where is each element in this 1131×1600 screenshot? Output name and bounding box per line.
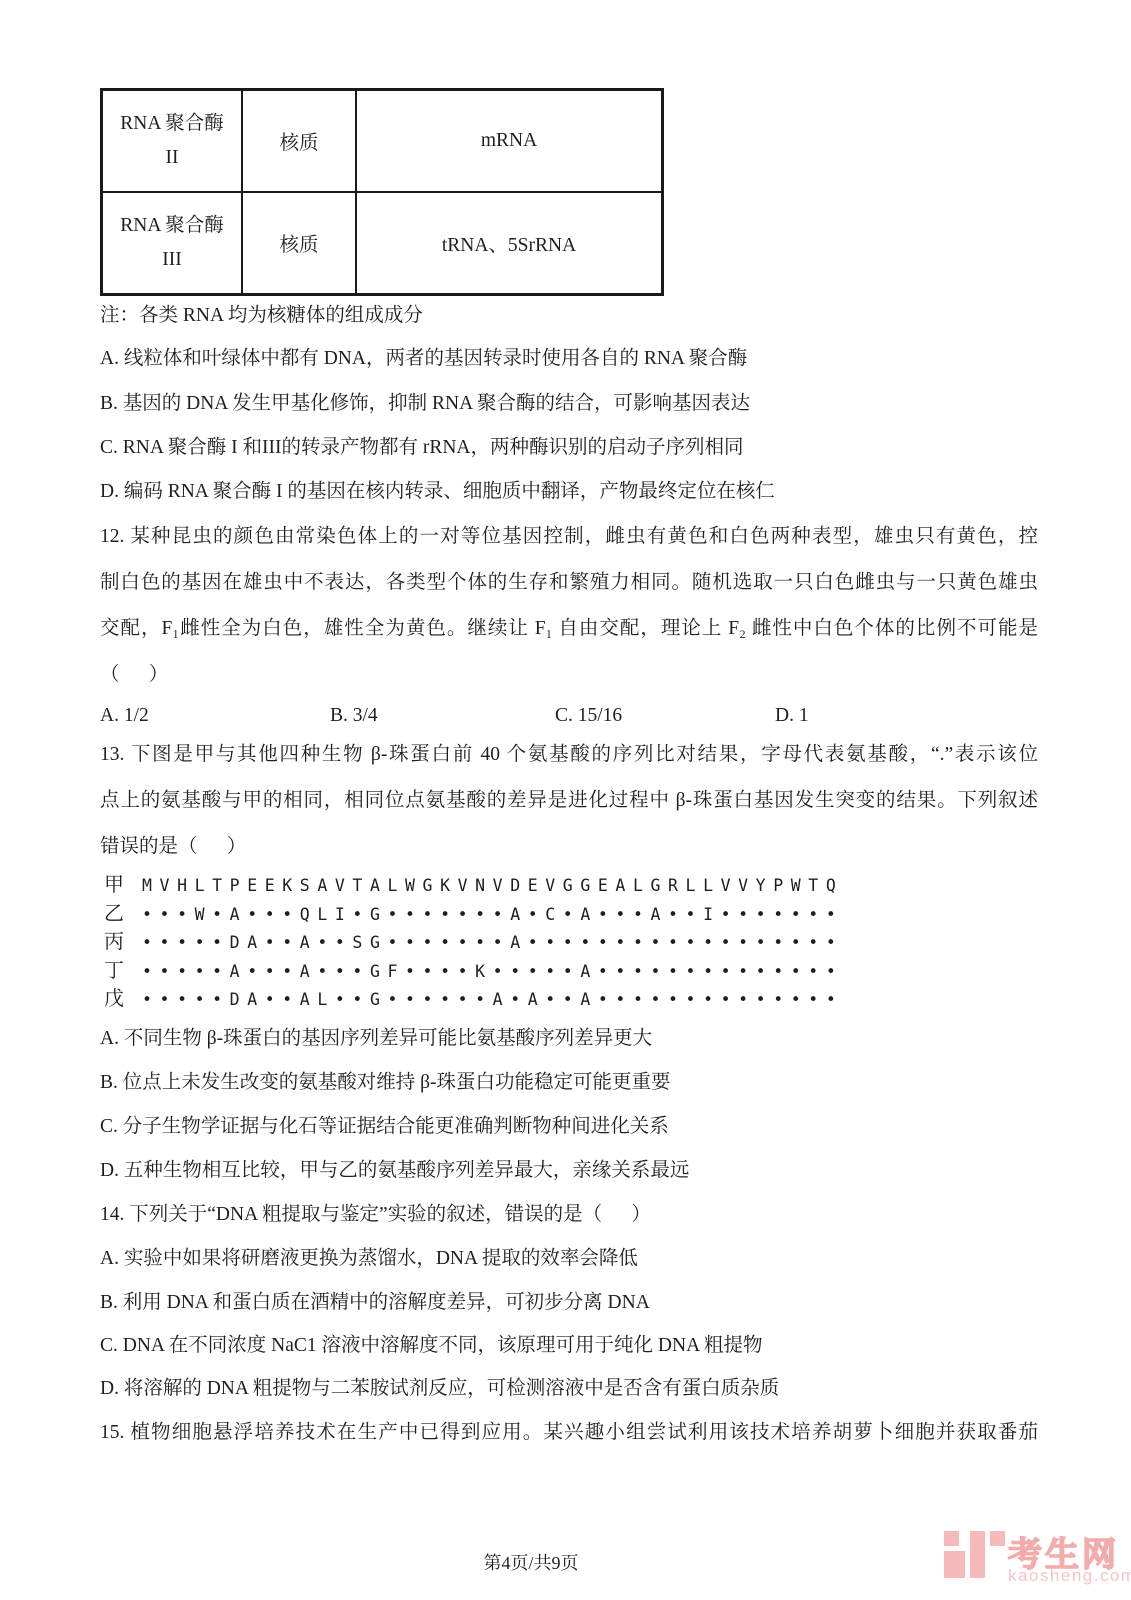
organism-label: 甲 — [104, 868, 142, 897]
alignment-row: 丙•••••DA••A••SG•••••••A•••••••••••••••••… — [104, 925, 843, 954]
organism-label: 戊 — [104, 982, 142, 1011]
q12-option-d: D. 1 — [775, 703, 809, 729]
q14-stem: 14. 下列关于“DNA 粗提取与鉴定”实验的叙述，错误的是（ ） — [100, 1202, 651, 1228]
q11-option-c: C. RNA 聚合酶 I 和III的转录产物都有 rRNA，两种酶识别的启动子序… — [100, 435, 744, 461]
sequence-ding: •••••A•••A•••GF••••K•••••A•••••••••••••• — [142, 962, 843, 981]
sequence-jia: MVHLTPEEKSAVTALWGKVNVDEVGGEALGRLLVVYPWTQ — [142, 876, 843, 895]
logo-block — [990, 1531, 1005, 1546]
q13-option-c: C. 分子生物学证据与化石等证据结合能更准确判断物种间进化关系 — [100, 1114, 669, 1140]
logo-block — [970, 1531, 985, 1578]
enzyme-name: RNA 聚合酶 — [103, 209, 241, 243]
q12-option-b: B. 3/4 — [330, 703, 378, 729]
cell-location: 核质 — [242, 192, 356, 295]
enzyme-numeral: III — [103, 243, 241, 277]
organism-label: 丙 — [104, 925, 142, 954]
cell-product: mRNA — [356, 90, 663, 193]
q14-option-c: C. DNA 在不同浓度 NaC1 溶液中溶解度不同，该原理可用于纯化 DNA … — [100, 1333, 762, 1359]
q12-option-c: C. 15/16 — [555, 703, 622, 729]
sequence-bing: •••••DA••A••SG•••••••A•••••••••••••••••• — [142, 933, 843, 952]
cell-product: tRNA、5SrRNA — [356, 192, 663, 295]
q13-line-1: 13. 下图是甲与其他四种生物 β-珠蛋白前 40 个氨基酸的序列比对结果，字母… — [100, 742, 1038, 768]
q11-option-b: B. 基因的 DNA 发生甲基化修饰，抑制 RNA 聚合酶的结合，可影响基因表达 — [100, 391, 750, 417]
enzyme-name: RNA 聚合酶 — [103, 107, 241, 141]
q15-line-1: 15. 植物细胞悬浮培养技术在生产中已得到应用。某兴趣小组尝试利用该技术培养胡萝… — [100, 1420, 1038, 1446]
q13-option-b: B. 位点上未发生改变的氨基酸对维持 β-珠蛋白功能稳定可能更重要 — [100, 1070, 671, 1096]
sequence-yi: •••W•A•••QLI•G•••••••A•C•A•••A••I••••••• — [142, 905, 843, 924]
q13-line-2: 点上的氨基酸与甲的相同，相同位点氨基酸的差异是进化过程中 β-珠蛋白基因发生突变… — [100, 788, 1038, 814]
organism-label: 丁 — [104, 954, 142, 983]
logo-block — [944, 1531, 959, 1546]
organism-label: 乙 — [104, 897, 142, 926]
cell-enzyme-ii: RNA 聚合酶 II — [102, 90, 243, 193]
sequence-alignment-figure: 甲MVHLTPEEKSAVTALWGKVNVDEVGGEALGRLLVVYPWT… — [104, 868, 843, 1011]
q14-option-a: A. 实验中如果将研磨液更换为蒸馏水，DNA 提取的效率会降低 — [100, 1246, 638, 1272]
rna-polymerase-table: RNA 聚合酶 II 核质 mRNA RNA 聚合酶 III 核质 tRNA、5… — [100, 88, 664, 296]
watermark-domain: kaosheng.com — [1008, 1566, 1131, 1586]
cell-enzyme-iii: RNA 聚合酶 III — [102, 192, 243, 295]
q12-answer-bracket: （ ） — [100, 662, 168, 688]
kaosheng-logo-icon — [944, 1531, 1006, 1579]
exam-page: RNA 聚合酶 II 核质 mRNA RNA 聚合酶 III 核质 tRNA、5… — [0, 0, 1131, 1600]
enzyme-numeral: II — [103, 141, 241, 175]
q11-option-d: D. 编码 RNA 聚合酶 I 的基因在核内转录、细胞质中翻译，产物最终定位在核… — [100, 479, 775, 505]
sequence-wu: •••••DA••AL••G••••••A•A••A•••••••••••••• — [142, 990, 843, 1009]
q13-line-3: 错误的是（ ） — [100, 834, 246, 860]
alignment-row: 甲MVHLTPEEKSAVTALWGKVNVDEVGGEALGRLLVVYPWT… — [104, 868, 843, 897]
q12-line-3: 交配，F₁雌性全为白色，雄性全为黄色。继续让 F₁ 自由交配，理论上 F₂ 雌性… — [100, 616, 1038, 642]
page-number: 第4页/共9页 — [0, 1549, 1062, 1575]
table-note: 注：各类 RNA 均为核糖体的组成成分 — [100, 303, 423, 329]
q13-option-a: A. 不同生物 β-珠蛋白的基因序列差异可能比氨基酸序列差异更大 — [100, 1026, 652, 1052]
q12-line-1: 12. 某种昆虫的颜色由常染色体上的一对等位基因控制，雌虫有黄色和白色两种表型，… — [100, 524, 1038, 550]
alignment-row: 丁•••••A•••A•••GF••••K•••••A•••••••••••••… — [104, 954, 843, 983]
table-row: RNA 聚合酶 III 核质 tRNA、5SrRNA — [102, 192, 663, 295]
q12-line-2: 制白色的基因在雄虫中不表达，各类型个体的生存和繁殖力相同。随机选取一只白色雌虫与… — [100, 570, 1038, 596]
table-row: RNA 聚合酶 II 核质 mRNA — [102, 90, 663, 193]
q14-option-b: B. 利用 DNA 和蛋白质在酒精中的溶解度差异，可初步分离 DNA — [100, 1290, 650, 1316]
q12-option-a: A. 1/2 — [100, 703, 149, 729]
cell-location: 核质 — [242, 90, 356, 193]
alignment-row: 戊•••••DA••AL••G••••••A•A••A•••••••••••••… — [104, 982, 843, 1011]
q14-option-d: D. 将溶解的 DNA 粗提物与二苯胺试剂反应，可检测溶液中是否含有蛋白质杂质 — [100, 1376, 779, 1402]
alignment-row: 乙•••W•A•••QLI•G•••••••A•C•A•••A••I••••••… — [104, 897, 843, 926]
q13-option-d: D. 五种生物相互比较，甲与乙的氨基酸序列差异最大，亲缘关系最远 — [100, 1158, 689, 1184]
q11-option-a: A. 线粒体和叶绿体中都有 DNA，两者的基因转录时使用各自的 RNA 聚合酶 — [100, 346, 747, 372]
logo-block — [944, 1551, 965, 1578]
